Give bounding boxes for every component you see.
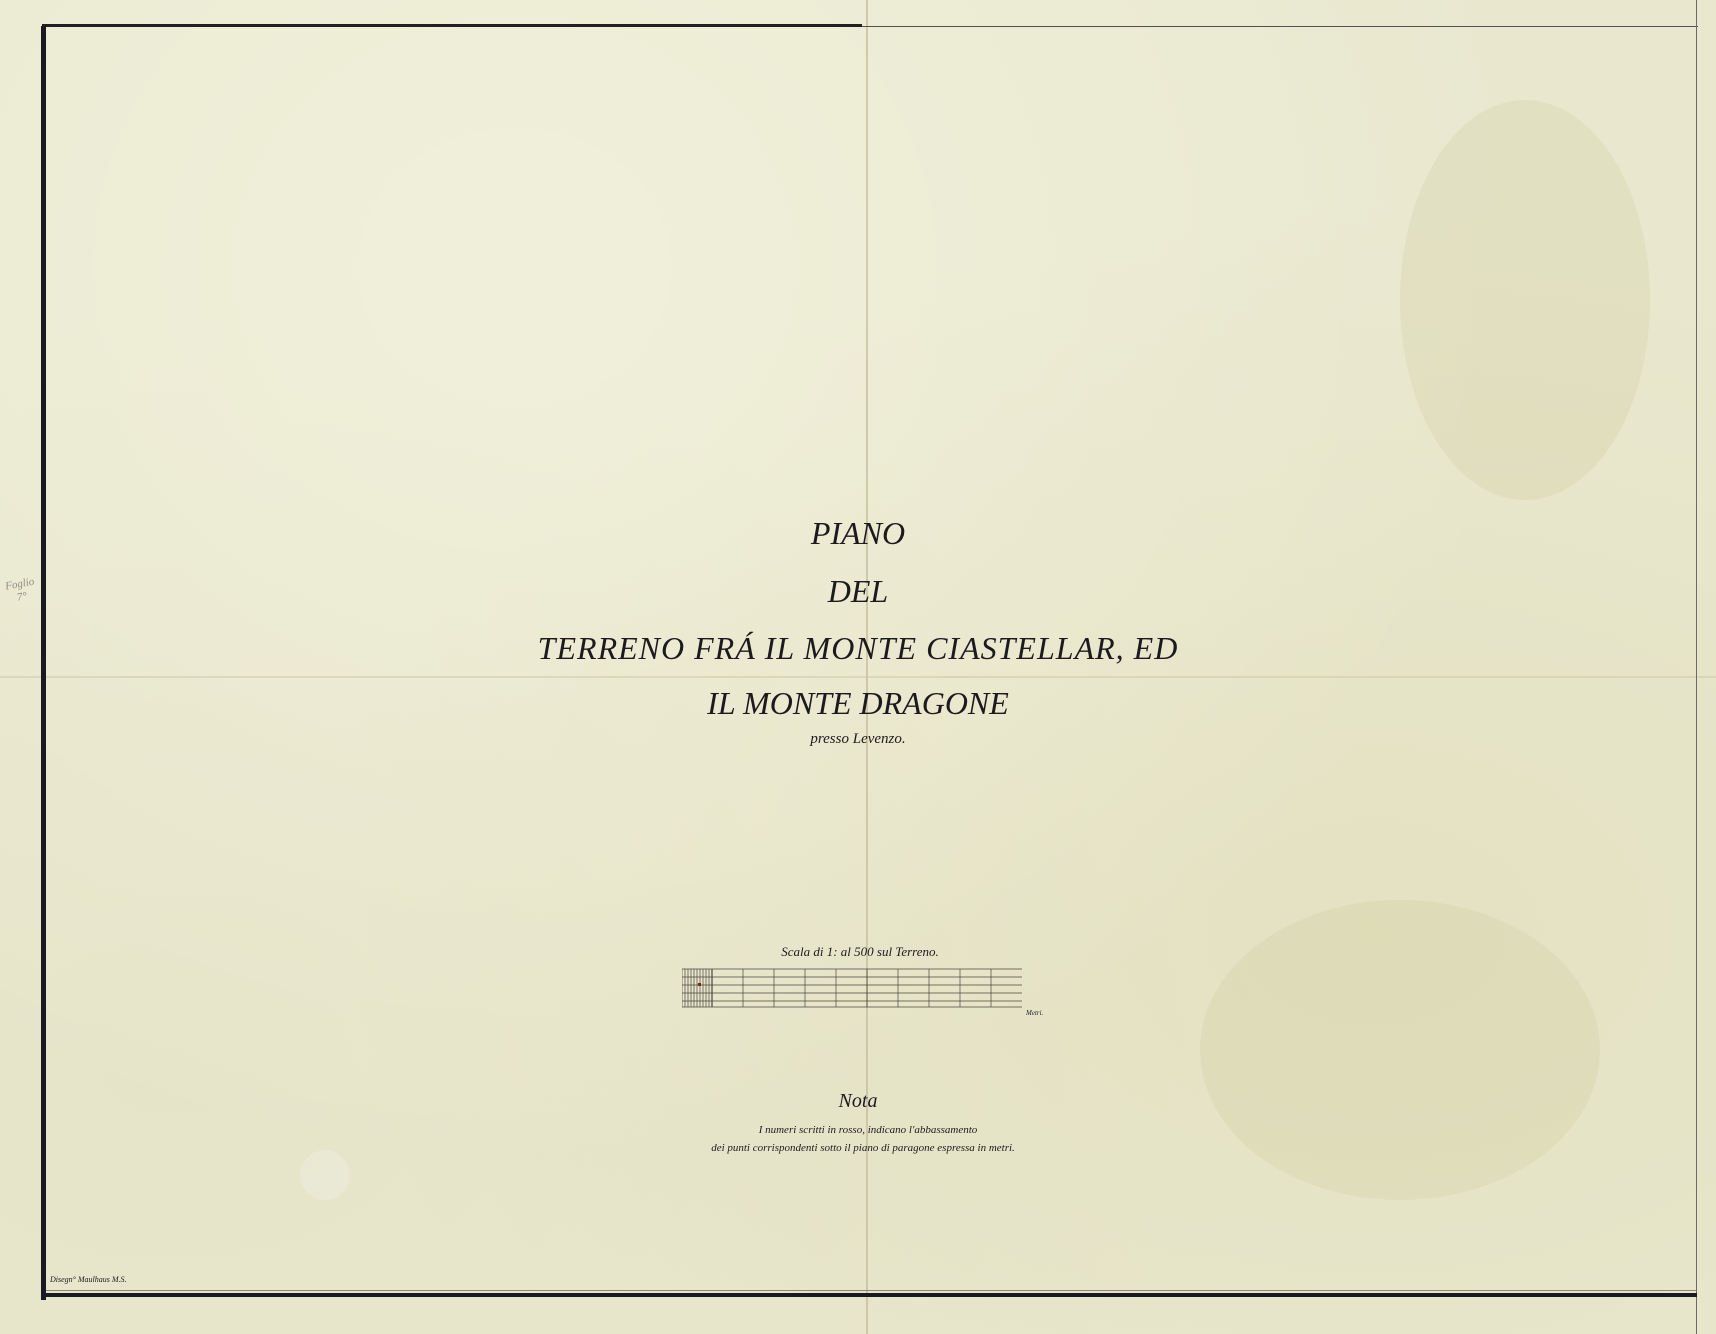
map-title-line-2: DEL — [0, 573, 1716, 610]
map-title-line-1: PIANO — [0, 515, 1716, 552]
map-subtitle: presso Levenzo. — [0, 731, 1716, 748]
note-line-2: dei punti corrispondenti sotto il piano … — [0, 1142, 1716, 1154]
horizontal-fold-crease — [0, 676, 1716, 678]
scale-bar-graphic — [682, 967, 1022, 1017]
note-line-1: I numeri scritti in rosso, indicano l'ab… — [0, 1124, 1716, 1136]
paper-stain — [1200, 900, 1600, 1200]
paper-stain — [300, 1150, 350, 1200]
scale-unit-label: Metri. — [1026, 1009, 1043, 1017]
scale-title: Scala di 1: al 500 sul Terreno. — [660, 944, 1060, 960]
map-frame-bottom — [41, 1293, 1697, 1297]
scale-bar — [682, 967, 1022, 1022]
map-title-line-4: IL MONTE DRAGONE — [0, 685, 1716, 722]
paper-stain — [1400, 100, 1650, 500]
map-frame-top-thick — [42, 24, 862, 27]
map-title-line-3: TERRENO FRÁ IL MONTE CIASTELLAR, ED — [0, 630, 1716, 667]
note-title: Nota — [0, 1090, 1716, 1113]
map-frame-bottom-inner — [46, 1290, 1696, 1291]
draftsman-signature: Disegn° Maulhaus M.S. — [50, 1275, 127, 1284]
